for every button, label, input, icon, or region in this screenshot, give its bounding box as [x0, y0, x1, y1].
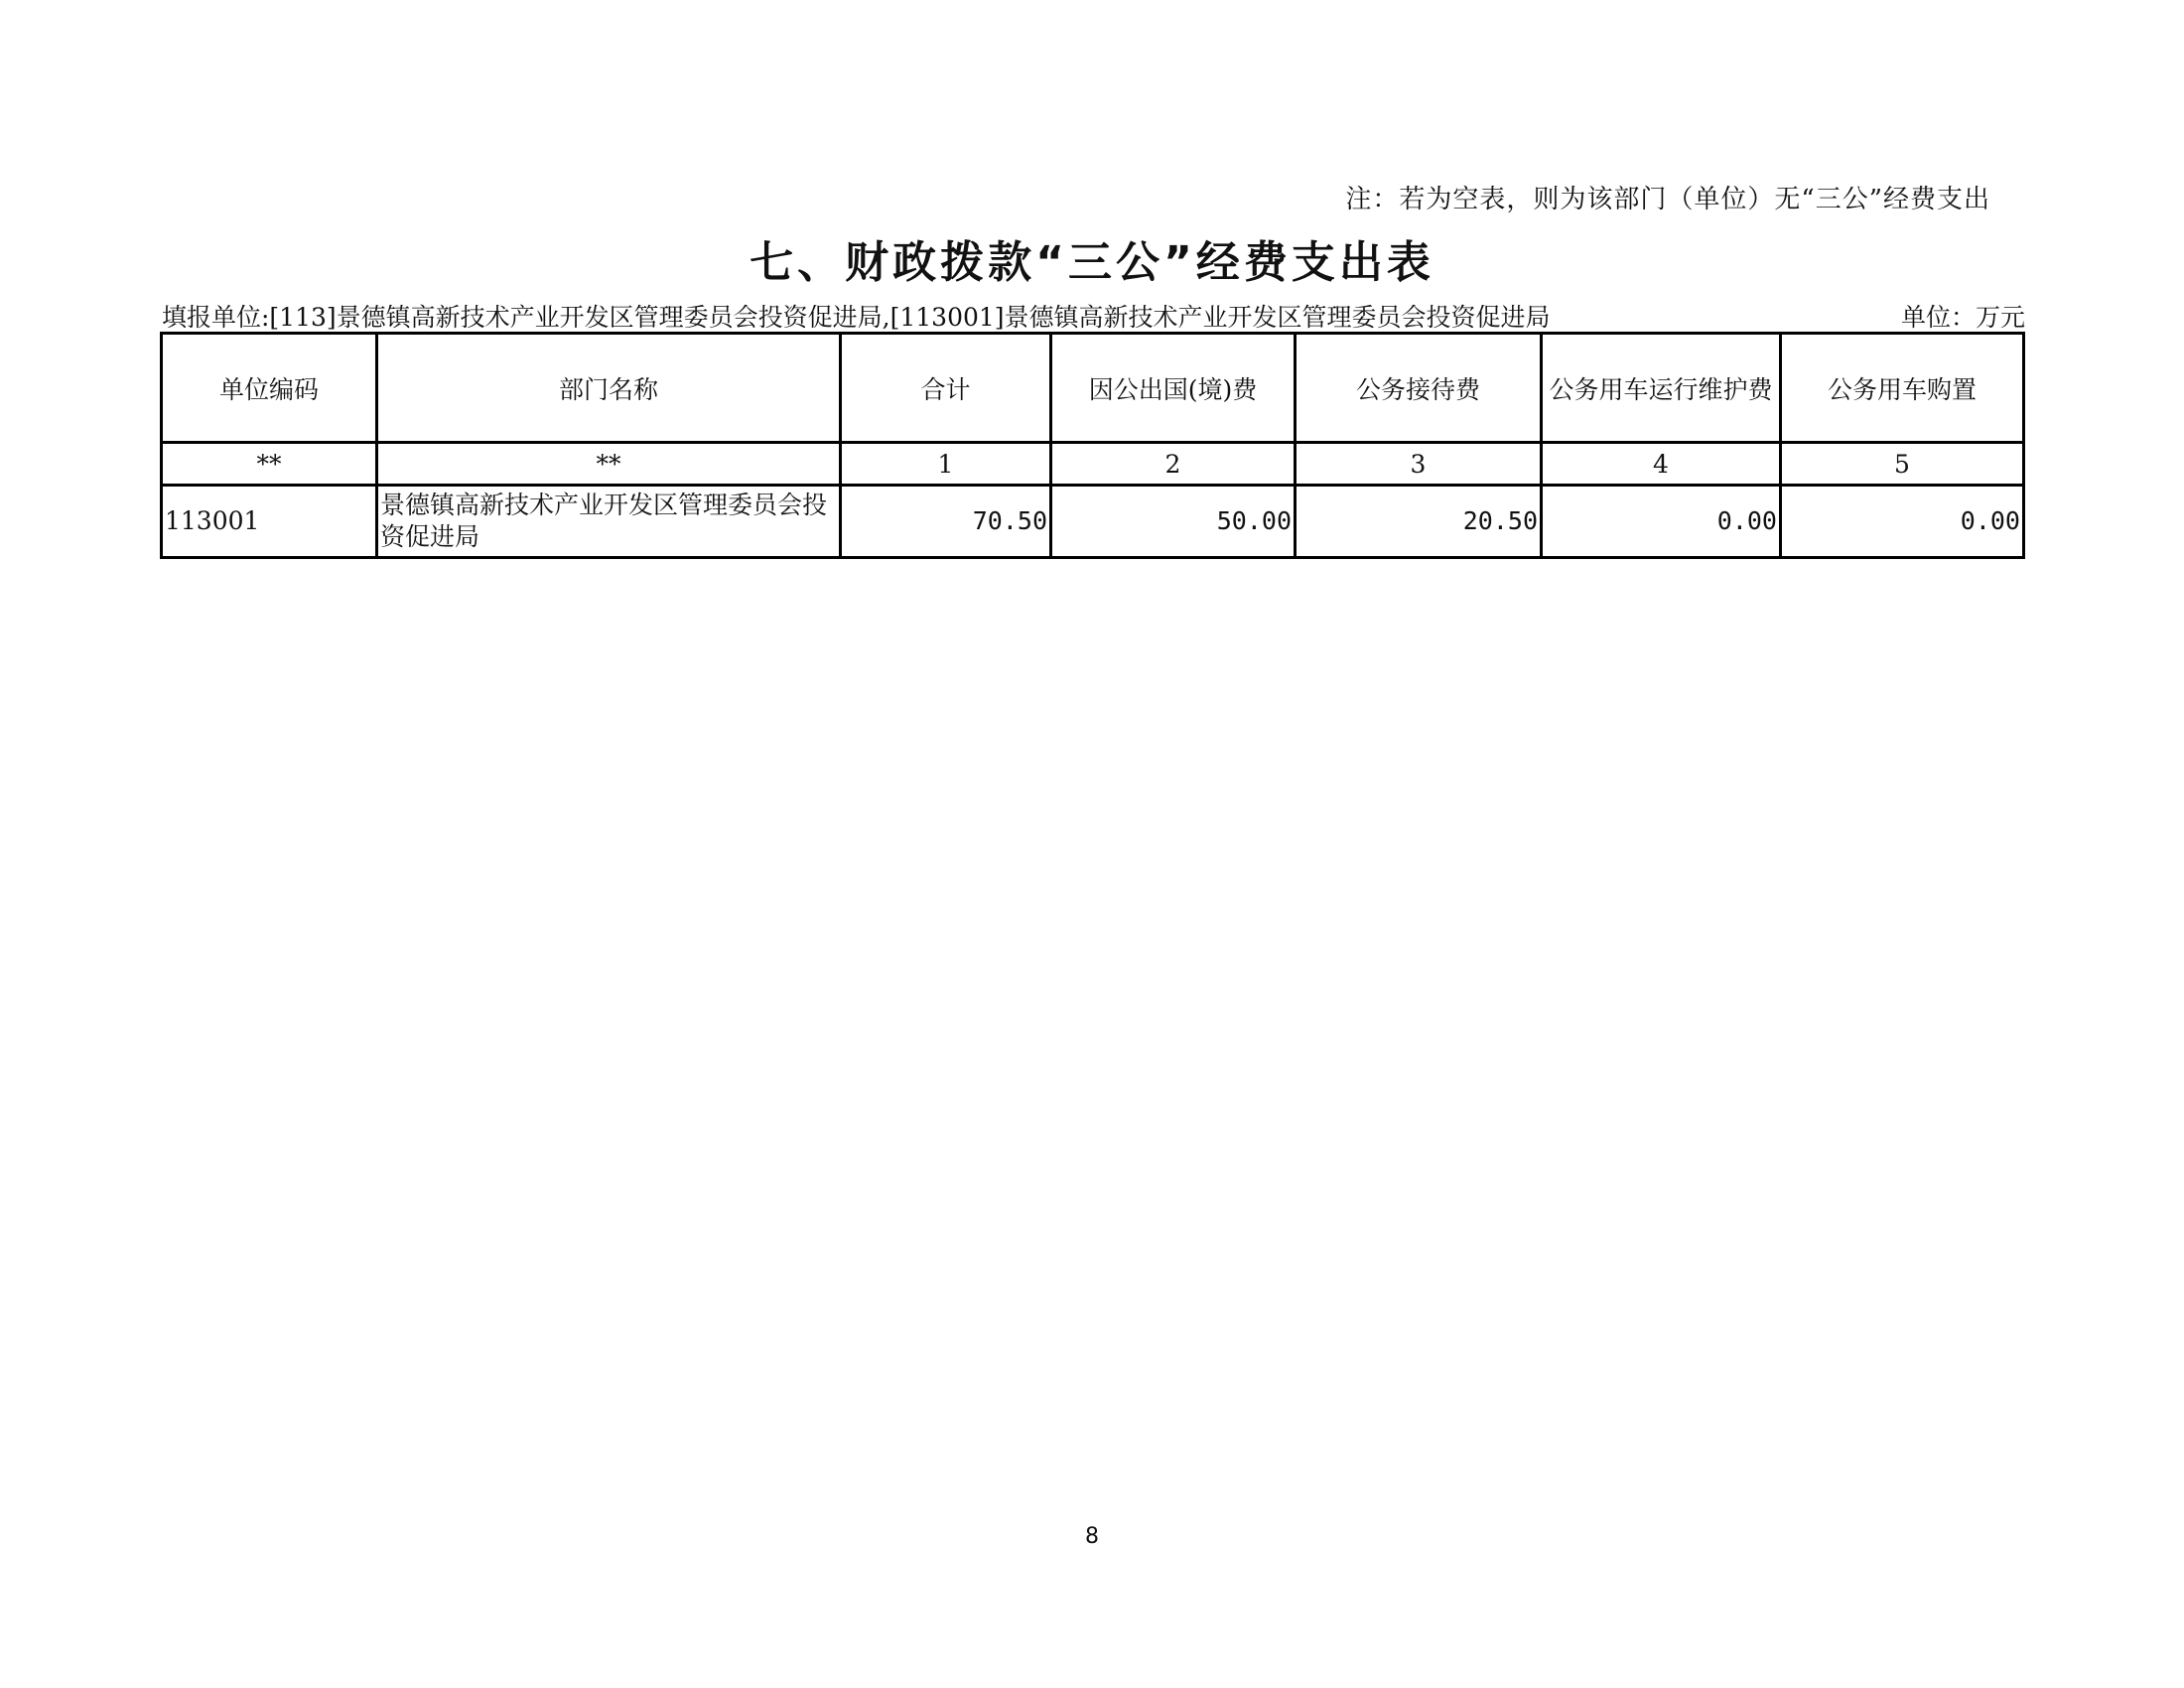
- header-vehicle-purchase: 公务用车购置: [1781, 334, 2024, 443]
- index-cell: **: [162, 443, 377, 486]
- index-cell: 5: [1781, 443, 2024, 486]
- index-cell: **: [377, 443, 841, 486]
- total-cell: 70.50: [841, 486, 1051, 558]
- currency-unit: 单位：万元: [1901, 298, 2025, 334]
- overseas-cell: 50.00: [1051, 486, 1296, 558]
- table-row: 113001 景德镇高新技术产业开发区管理委员会投资促进局 70.50 50.0…: [162, 486, 2024, 558]
- reporting-unit: 填报单位:[113]景德镇高新技术产业开发区管理委员会投资促进局,[113001…: [162, 298, 1551, 334]
- page-title: 七、财政拨款“三公”经费支出表: [0, 226, 2184, 290]
- header-reception: 公务接待费: [1296, 334, 1542, 443]
- index-cell: 1: [841, 443, 1051, 486]
- empty-table-note: 注：若为空表，则为该部门（单位）无“三公”经费支出: [1345, 179, 1990, 215]
- header-unit-code: 单位编码: [162, 334, 377, 443]
- unit-code-cell: 113001: [162, 486, 377, 558]
- vehicle-maintenance-cell: 0.00: [1542, 486, 1781, 558]
- index-cell: 2: [1051, 443, 1296, 486]
- vehicle-purchase-cell: 0.00: [1781, 486, 2024, 558]
- header-row: 单位编码 部门名称 合计 因公出国(境)费 公务接待费 公务用车运行维护费 公务…: [162, 334, 2024, 443]
- three-public-expenses-table: 单位编码 部门名称 合计 因公出国(境)费 公务接待费 公务用车运行维护费 公务…: [160, 332, 2025, 559]
- reception-cell: 20.50: [1296, 486, 1542, 558]
- header-total: 合计: [841, 334, 1051, 443]
- index-cell: 3: [1296, 443, 1542, 486]
- page-number: 8: [0, 1524, 2184, 1549]
- header-dept-name: 部门名称: [377, 334, 841, 443]
- header-vehicle-maintenance: 公务用车运行维护费: [1542, 334, 1781, 443]
- dept-name-cell: 景德镇高新技术产业开发区管理委员会投资促进局: [377, 486, 841, 558]
- index-cell: 4: [1542, 443, 1781, 486]
- index-row: ** ** 1 2 3 4 5: [162, 443, 2024, 486]
- header-overseas: 因公出国(境)费: [1051, 334, 1296, 443]
